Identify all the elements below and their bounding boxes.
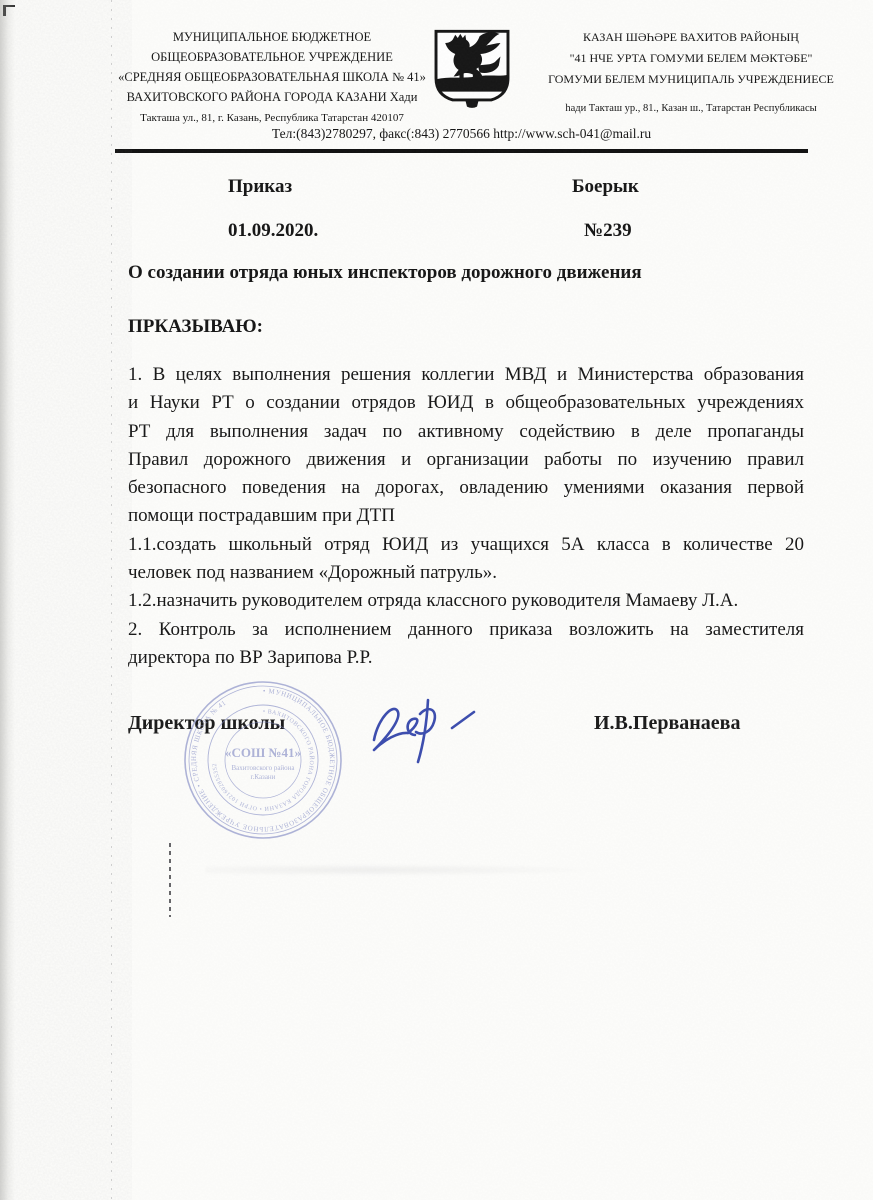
svg-text:• ВАХИТОВСКОГО РАЙОНА ГОРОДА К: • ВАХИТОВСКОГО РАЙОНА ГОРОДА КАЗАНИ • ОГ… (212, 709, 316, 811)
text-line: ОБЩЕОБРАЗОВАТЕЛЬНОЕ УЧРЕЖДЕНИЕ (118, 47, 426, 67)
text-line: безопасного поведения на дорогах, овладе… (128, 474, 804, 502)
kazan-coat-of-arms-icon (430, 28, 514, 110)
text-line: помощи пострадавшим при ДТП (128, 502, 804, 530)
stamp-line2: Вахитовского района (231, 764, 295, 772)
text-line: директора по ВР Зарипова Р.Р. (128, 644, 804, 672)
text-line: МУНИЦИПАЛЬНОЕ БЮДЖЕТНОЕ (118, 27, 426, 47)
text-line: РТ для выполнения задач по активному сод… (128, 418, 804, 446)
scanned-document-page: МУНИЦИПАЛЬНОЕ БЮДЖЕТНОЕОБЩЕОБРАЗОВАТЕЛЬН… (0, 0, 873, 1200)
stamp-center-text: «СОШ №41» (225, 745, 301, 760)
text-line: КАЗАН ШӘҺӘРЕ ВАХИТОВ РАЙОНЫҢ (540, 27, 842, 48)
order-label-russian: Приказ (228, 176, 292, 198)
stamp-ring-text-outer: • МУНИЦИПАЛЬНОЕ БЮДЖЕТНОЕ ОБЩЕОБРАЗОВАТЕ… (190, 687, 336, 833)
stamp-line3: г.Казани (251, 773, 276, 781)
signer-name: И.В.Перванаева (594, 712, 740, 735)
letterhead-divider (115, 149, 808, 153)
letterhead-tatar-lines: КАЗАН ШӘҺӘРЕ ВАХИТОВ РАЙОНЫҢ"41 НЧЕ УРТА… (540, 27, 842, 90)
svg-text:• МУНИЦИПАЛЬНОЕ БЮДЖЕТНОЕ ОБЩЕ: • МУНИЦИПАЛЬНОЕ БЮДЖЕТНОЕ ОБЩЕОБРАЗОВАТЕ… (190, 687, 336, 833)
text-line: 1.1.создать школьный отряд ЮИД из учащих… (128, 531, 804, 559)
order-date: 01.09.2020. (228, 220, 318, 242)
contact-line: Тел:(843)2780297, факс(:843) 2770566 htt… (115, 126, 808, 142)
stamp-ring-text-inner: • ВАХИТОВСКОГО РАЙОНА ГОРОДА КАЗАНИ • ОГ… (212, 709, 316, 811)
text-line: ГОМУМИ БЕЛЕМ МУНИЦИПАЛЬ УЧРЕЖДЕНИЕСЕ (540, 69, 842, 90)
text-line: человек под названием «Дорожный патруль»… (128, 559, 804, 587)
order-subject: О создании отряда юных инспекторов дорож… (128, 262, 808, 284)
letterhead-russian-address: Такташа ул., 81, г. Казань, Республика Т… (118, 110, 426, 126)
text-line: «СРЕДНЯЯ ОБЩЕОБРАЗОВАТЕЛЬНАЯ ШКОЛА № 41» (118, 67, 426, 87)
text-line: "41 НЧЕ УРТА ГОМУМИ БЕЛЕМ МӘКТӘБЕ" (540, 48, 842, 69)
text-line: Правил дорожного движения и организации … (128, 446, 804, 474)
scan-edge-shadow (0, 0, 15, 1200)
text-line: 1.2.назначить руководителем отряда класс… (128, 587, 804, 615)
text-line: и Науки РТ о создании отрядов ЮИД в обще… (128, 389, 804, 417)
order-body: 1. В целях выполнения решения коллегии М… (128, 361, 804, 672)
letterhead-tatar-address: һади Такташ ур., 81., Казан ш., Татарста… (540, 101, 842, 116)
letterhead-russian-lines: МУНИЦИПАЛЬНОЕ БЮДЖЕТНОЕОБЩЕОБРАЗОВАТЕЛЬН… (118, 27, 426, 107)
handwritten-signature (360, 688, 492, 780)
order-directive: ПРКАЗЫВАЮ: (128, 316, 263, 338)
text-line: 1. В целях выполнения решения коллегии М… (128, 361, 804, 389)
letterhead-tatar: КАЗАН ШӘҺӘРЕ ВАХИТОВ РАЙОНЫҢ"41 НЧЕ УРТА… (540, 27, 842, 116)
letterhead-russian: МУНИЦИПАЛЬНОЕ БЮДЖЕТНОЕОБЩЕОБРАЗОВАТЕЛЬН… (118, 27, 426, 126)
scan-fold-line (111, 0, 112, 1200)
order-label-tatar: Боерык (572, 176, 639, 198)
text-line: ВАХИТОВСКОГО РАЙОНА ГОРОДА КАЗАНИ Хади (118, 87, 426, 107)
scan-artifact-line (169, 843, 171, 917)
official-round-stamp: • МУНИЦИПАЛЬНОЕ БЮДЖЕТНОЕ ОБЩЕОБРАЗОВАТЕ… (180, 677, 346, 843)
text-line: 2. Контроль за исполнением данного прика… (128, 616, 804, 644)
order-number: №239 (584, 220, 632, 242)
scan-smudge (205, 864, 605, 876)
